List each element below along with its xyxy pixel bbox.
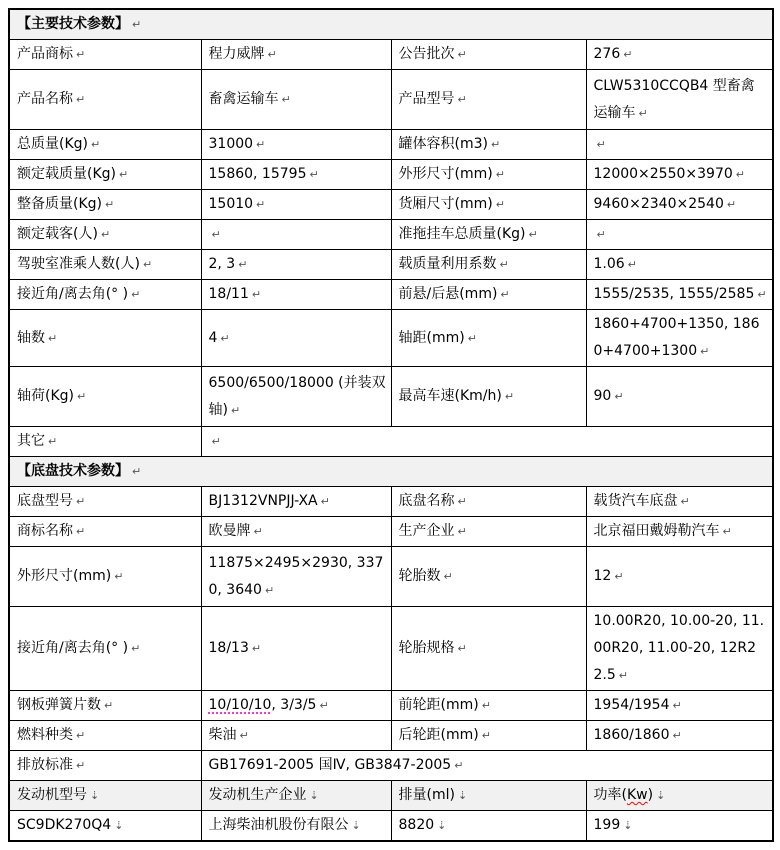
param-value-cell: 1.06↵: [586, 250, 773, 280]
cell-text: 15010: [209, 196, 254, 212]
param-value-cell: 畜禽运输车↵: [201, 70, 391, 130]
param-label-cell: 公告批次↵: [391, 40, 586, 70]
param-value-cell: 199⇣: [586, 811, 773, 842]
end-of-line-mark: ↵: [672, 699, 681, 712]
end-of-line-mark: ⇣: [656, 789, 665, 802]
end-of-line-mark: ↵: [727, 198, 736, 211]
end-of-line-mark: ⇣: [623, 819, 632, 832]
section-title: 【底盘技术参数】: [17, 463, 129, 479]
cell-text: 燃料种类: [17, 727, 73, 743]
param-label-cell: 最高车速(Km/h)↵: [391, 367, 586, 427]
cell-text: 4: [209, 330, 218, 346]
cell-text: 产品名称: [17, 91, 73, 107]
cell-text: 12000×2550×3970: [594, 166, 733, 182]
param-value-cell: CLW5310CCQB4 型畜禽运输车↵: [586, 70, 773, 130]
table-row: 燃料种类↵柴油↵后轮距(mm)↵1860/1860↵: [9, 721, 773, 751]
cell-text: 1860/1860: [594, 727, 670, 743]
param-label-cell: 额定载客(人)↵: [9, 220, 201, 250]
param-label-cell: 轴距(mm)↵: [391, 310, 586, 367]
param-value-cell: 15010↵: [201, 190, 391, 220]
param-value-cell: 31000↵: [201, 130, 391, 160]
end-of-line-mark: ↵: [700, 345, 709, 358]
end-of-line-mark: ↵: [505, 390, 514, 403]
cell-text-part: ): [648, 787, 653, 803]
end-of-line-mark: ↵: [48, 332, 57, 345]
cell-text: 276: [594, 46, 621, 62]
end-of-line-mark: ↵: [132, 465, 141, 478]
end-of-line-mark: ↵: [458, 93, 467, 106]
param-label-cell: 排放标准↵: [9, 751, 201, 781]
end-of-line-mark: ↵: [132, 18, 141, 31]
end-of-line-mark: ↵: [143, 258, 152, 271]
cell-text: 产品商标: [17, 46, 73, 62]
param-value-cell: 276↵: [586, 40, 773, 70]
table-row: 产品商标↵程力威牌↵公告批次↵276↵: [9, 40, 773, 70]
cell-text: 2, 3: [209, 256, 236, 272]
end-of-line-mark: ↵: [614, 570, 623, 583]
param-value-cell: 发动机生产企业⇣: [201, 781, 391, 811]
end-of-line-mark: ↵: [681, 495, 690, 508]
cell-text: 轴数: [17, 330, 45, 346]
cell-text: 后轮距(mm): [399, 727, 479, 743]
table-row: 额定载质量(Kg)↵15860, 15795↵外形尺寸(mm)↵12000×25…: [9, 160, 773, 190]
param-value-cell: 1954/1954↵: [586, 691, 773, 721]
param-label-cell: 其它↵: [9, 427, 201, 457]
end-of-line-mark: ↵: [639, 107, 648, 120]
param-label-cell: 底盘名称↵: [391, 487, 586, 517]
end-of-line-mark: ⇣: [310, 789, 319, 802]
end-of-line-mark: ↵: [76, 93, 85, 106]
end-of-line-mark: ↵: [252, 288, 261, 301]
spellcheck-flagged-text: 10/10/10: [209, 697, 272, 713]
end-of-line-mark: ↵: [736, 168, 745, 181]
end-of-line-mark: ⇣: [352, 819, 361, 832]
param-label-cell: 燃料种类↵: [9, 721, 201, 751]
param-label-cell: 后轮距(mm)↵: [391, 721, 586, 751]
cell-text: 发动机生产企业: [209, 787, 307, 803]
param-label-cell: 驾驶室准乘人数(人)↵: [9, 250, 201, 280]
cell-text: 11875×2495×2930, 3370, 3640: [209, 555, 384, 598]
param-value-cell: GB17691-2005 国Ⅳ, GB3847-2005↵: [201, 751, 773, 781]
table-body: 【主要技术参数】↵产品商标↵程力威牌↵公告批次↵276↵产品名称↵畜禽运输车↵产…: [9, 9, 773, 841]
end-of-line-mark: ↵: [282, 93, 291, 106]
end-of-line-mark: ↵: [238, 258, 247, 271]
end-of-line-mark: ↵: [619, 669, 628, 682]
param-value-cell: 18/13↵: [201, 607, 391, 691]
end-of-line-mark: ↵: [105, 198, 114, 211]
table-row: 钢板弹簧片数↵10/10/10, 3/3/5↵前轮距(mm)↵1954/1954…: [9, 691, 773, 721]
param-value-cell: 上海柴油机股份有限公⇣: [201, 811, 391, 842]
param-value-cell: 柴油↵: [201, 721, 391, 751]
param-label-cell: 货厢尺寸(mm)↵: [391, 190, 586, 220]
param-value-cell: 1555/2535, 1555/2585↵: [586, 280, 773, 310]
param-value-cell: ↵: [586, 130, 773, 160]
cell-text: 1.06: [594, 256, 625, 272]
end-of-line-mark: ⇣: [458, 789, 467, 802]
cell-text: 1860+4700+1350, 1860+4700+1300: [594, 316, 760, 359]
cell-text: 钢板弹簧片数: [17, 697, 101, 713]
end-of-line-mark: ↵: [597, 138, 606, 151]
cell-text: 1555/2535, 1555/2585: [594, 286, 755, 302]
table-row: 底盘型号↵BJ1312VNPJJ-XA↵底盘名称↵载货汽车底盘↵: [9, 487, 773, 517]
cell-text: 外形尺寸(mm): [17, 568, 111, 584]
cell-text: 9460×2340×2540: [594, 196, 724, 212]
param-label-cell: 整备质量(Kg)↵: [9, 190, 201, 220]
section-title-cell: 【底盘技术参数】↵: [9, 457, 773, 487]
param-value-cell: 18/11↵: [201, 280, 391, 310]
param-label-cell: 接近角/离去角(° )↵: [9, 280, 201, 310]
param-value-cell: 1860/1860↵: [586, 721, 773, 751]
end-of-line-mark: ↵: [256, 198, 265, 211]
table-row: 接近角/离去角(° )↵18/11↵前悬/后悬(mm)↵1555/2535, 1…: [9, 280, 773, 310]
end-of-line-mark: ↵: [500, 288, 509, 301]
end-of-line-mark: ↵: [623, 48, 632, 61]
param-label-cell: 商标名称↵: [9, 517, 201, 547]
end-of-line-mark: ↵: [482, 729, 491, 742]
end-of-line-mark: ↵: [614, 390, 623, 403]
end-of-line-mark: ↵: [76, 525, 85, 538]
param-label-cell: 钢板弹簧片数↵: [9, 691, 201, 721]
param-value-cell: 载货汽车底盘↵: [586, 487, 773, 517]
param-label-cell: 轮胎规格↵: [391, 607, 586, 691]
cell-text: 排放标准: [17, 757, 73, 773]
cell-text: 接近角/离去角(° ): [17, 286, 128, 302]
param-label-cell: 准拖挂车总质量(Kg)↵: [391, 220, 586, 250]
cell-text: 底盘型号: [17, 493, 73, 509]
vehicle-spec-table: 【主要技术参数】↵产品商标↵程力威牌↵公告批次↵276↵产品名称↵畜禽运输车↵产…: [8, 8, 774, 842]
end-of-line-mark: ↵: [321, 495, 330, 508]
cell-text: 12: [594, 568, 612, 584]
end-of-line-mark: ↵: [268, 48, 277, 61]
end-of-line-mark: ↵: [723, 525, 732, 538]
cell-text: 18/13: [209, 640, 249, 656]
param-label-cell: 发动机型号⇣: [9, 781, 201, 811]
cell-text: 罐体容积(m3): [399, 136, 488, 152]
end-of-line-mark: ↵: [496, 168, 505, 181]
cell-text: SC9DK270Q4: [17, 817, 111, 833]
cell-text: 生产企业: [399, 523, 455, 539]
end-of-line-mark: ↵: [76, 729, 85, 742]
table-row: 商标名称↵欧曼牌↵生产企业↵北京福田戴姆勒汽车↵: [9, 517, 773, 547]
end-of-line-mark: ↵: [77, 390, 86, 403]
param-value-cell: 1860+4700+1350, 1860+4700+1300↵: [586, 310, 773, 367]
cell-text: 外形尺寸(mm): [399, 166, 493, 182]
cell-text: 北京福田戴姆勒汽车: [594, 523, 720, 539]
table-row: 驾驶室准乘人数(人)↵2, 3↵载质量利用系数↵1.06↵: [9, 250, 773, 280]
end-of-line-mark: ↵: [131, 642, 140, 655]
param-label-cell: 产品名称↵: [9, 70, 201, 130]
cell-text: 其它: [17, 433, 45, 449]
param-value-cell: BJ1312VNPJJ-XA↵: [201, 487, 391, 517]
param-label-cell: 接近角/离去角(° )↵: [9, 607, 201, 691]
end-of-line-mark: ↵: [76, 495, 85, 508]
section-header-row: 【主要技术参数】↵: [9, 9, 773, 40]
end-of-line-mark: ↵: [212, 228, 221, 241]
param-value-cell: 15860, 15795↵: [201, 160, 391, 190]
end-of-line-mark: ↵: [212, 435, 221, 448]
spec-document: 【主要技术参数】↵产品商标↵程力威牌↵公告批次↵276↵产品名称↵畜禽运输车↵产…: [8, 8, 772, 842]
table-row: 轴数↵4↵轴距(mm)↵1860+4700+1350, 1860+4700+13…: [9, 310, 773, 367]
param-label-cell: 轴数↵: [9, 310, 201, 367]
end-of-line-mark: ↵: [131, 288, 140, 301]
end-of-line-mark: ⇣: [90, 789, 99, 802]
end-of-line-mark: ↵: [496, 198, 505, 211]
table-row: SC9DK270Q4⇣上海柴油机股份有限公⇣8820⇣199⇣: [9, 811, 773, 842]
cell-text: 总质量(Kg): [17, 136, 88, 152]
end-of-line-mark: ⇣: [114, 819, 123, 832]
spellcheck-flagged-text: Kw: [627, 787, 648, 803]
param-value-cell: 4↵: [201, 310, 391, 367]
end-of-line-mark: ↵: [309, 168, 318, 181]
param-value-cell: 程力威牌↵: [201, 40, 391, 70]
table-row: 整备质量(Kg)↵15010↵货厢尺寸(mm)↵9460×2340×2540↵: [9, 190, 773, 220]
cell-text: 轮胎数: [399, 568, 441, 584]
cell-text: 1954/1954: [594, 697, 670, 713]
param-label-cell: 轴荷(Kg)↵: [9, 367, 201, 427]
param-label-cell: 外形尺寸(mm)↵: [9, 547, 201, 607]
cell-text: 货厢尺寸(mm): [399, 196, 493, 212]
param-label-cell: 额定载质量(Kg)↵: [9, 160, 201, 190]
param-value-cell: 11875×2495×2930, 3370, 3640↵: [201, 547, 391, 607]
end-of-line-mark: ↵: [458, 642, 467, 655]
end-of-line-mark: ⇣: [437, 819, 446, 832]
cell-text: 额定载客(人): [17, 226, 98, 242]
table-row: 发动机型号⇣发动机生产企业⇣排量(ml)⇣功率(Kw)⇣: [9, 781, 773, 811]
end-of-line-mark: ↵: [101, 228, 110, 241]
section-title: 【主要技术参数】: [17, 16, 129, 32]
cell-text: 轴距(mm): [399, 330, 465, 346]
end-of-line-mark: ↵: [104, 699, 113, 712]
param-label-cell: 产品型号↵: [391, 70, 586, 130]
param-label-cell: 外形尺寸(mm)↵: [391, 160, 586, 190]
cell-text: 15860, 15795: [209, 166, 307, 182]
cell-text: 载货汽车底盘: [594, 493, 678, 509]
table-row: 排放标准↵GB17691-2005 国Ⅳ, GB3847-2005↵: [9, 751, 773, 781]
end-of-line-mark: ↵: [500, 258, 509, 271]
cell-text: 准拖挂车总质量(Kg): [399, 226, 526, 242]
end-of-line-mark: ↵: [265, 584, 274, 597]
end-of-line-mark: ↵: [597, 228, 606, 241]
cell-text: 轮胎规格: [399, 640, 455, 656]
param-label-cell: 罐体容积(m3)↵: [391, 130, 586, 160]
cell-text: 最高车速(Km/h): [399, 388, 502, 404]
table-row: 接近角/离去角(° )↵18/13↵轮胎规格↵10.00R20, 10.00-2…: [9, 607, 773, 691]
cell-text: 31000: [209, 136, 254, 152]
param-value-cell: 10.00R20, 10.00-20, 11.00R20, 11.00-20, …: [586, 607, 773, 691]
cell-text: 轴荷(Kg): [17, 388, 74, 404]
param-value-cell: 北京福田戴姆勒汽车↵: [586, 517, 773, 547]
end-of-line-mark: ↵: [220, 332, 229, 345]
param-value-cell: 12000×2550×3970↵: [586, 160, 773, 190]
cell-text: 欧曼牌: [209, 523, 251, 539]
cell-text: 18/11: [209, 286, 249, 302]
table-row: 总质量(Kg)↵31000↵罐体容积(m3)↵↵: [9, 130, 773, 160]
param-label-cell: 8820⇣: [391, 811, 586, 842]
param-value-cell: 12↵: [586, 547, 773, 607]
param-label-cell: 底盘型号↵: [9, 487, 201, 517]
param-label-cell: 生产企业↵: [391, 517, 586, 547]
cell-text: 前悬/后悬(mm): [399, 286, 498, 302]
end-of-line-mark: ↵: [119, 168, 128, 181]
cell-text: BJ1312VNPJJ-XA: [209, 493, 318, 509]
param-label-cell: SC9DK270Q4⇣: [9, 811, 201, 842]
cell-text: 10/10/10, 3/3/5: [209, 697, 317, 713]
end-of-line-mark: ↵: [114, 570, 123, 583]
end-of-line-mark: ↵: [319, 699, 328, 712]
cell-text: 199: [594, 817, 621, 833]
param-value-cell: 2, 3↵: [201, 250, 391, 280]
end-of-line-mark: ↵: [468, 332, 477, 345]
cell-text: 柴油: [209, 727, 237, 743]
end-of-line-mark: ↵: [76, 48, 85, 61]
end-of-line-mark: ↵: [454, 759, 463, 772]
cell-text: CLW5310CCQB4 型畜禽运输车: [594, 78, 755, 121]
cell-text: 程力威牌: [209, 46, 265, 62]
end-of-line-mark: ↵: [254, 525, 263, 538]
param-label-cell: 总质量(Kg)↵: [9, 130, 201, 160]
param-value-cell: ↵: [586, 220, 773, 250]
param-label-cell: 前悬/后悬(mm)↵: [391, 280, 586, 310]
param-value-cell: 6500/6500/18000 (并装双轴)↵: [201, 367, 391, 427]
end-of-line-mark: ↵: [672, 729, 681, 742]
param-value-cell: ↵: [201, 427, 773, 457]
cell-text: 底盘名称: [399, 493, 455, 509]
table-row: 轴荷(Kg)↵6500/6500/18000 (并装双轴)↵最高车速(Km/h)…: [9, 367, 773, 427]
param-value-cell: 10/10/10, 3/3/5↵: [201, 691, 391, 721]
cell-text: 上海柴油机股份有限公: [209, 817, 349, 833]
section-title-cell: 【主要技术参数】↵: [9, 9, 773, 40]
end-of-line-mark: ↵: [458, 495, 467, 508]
param-label-cell: 载质量利用系数↵: [391, 250, 586, 280]
cell-text: 畜禽运输车: [209, 91, 279, 107]
table-row: 额定载客(人)↵↵准拖挂车总质量(Kg)↵↵: [9, 220, 773, 250]
end-of-line-mark: ↵: [482, 699, 491, 712]
param-label-cell: 前轮距(mm)↵: [391, 691, 586, 721]
cell-text: 产品型号: [399, 91, 455, 107]
cell-text: 商标名称: [17, 523, 73, 539]
table-row: 外形尺寸(mm)↵11875×2495×2930, 3370, 3640↵轮胎数…: [9, 547, 773, 607]
param-label-cell: 排量(ml)⇣: [391, 781, 586, 811]
param-value-cell: 欧曼牌↵: [201, 517, 391, 547]
cell-text: 公告批次: [399, 46, 455, 62]
end-of-line-mark: ↵: [491, 138, 500, 151]
end-of-line-mark: ↵: [444, 570, 453, 583]
end-of-line-mark: ↵: [48, 435, 57, 448]
end-of-line-mark: ↵: [757, 288, 766, 301]
end-of-line-mark: ↵: [256, 138, 265, 151]
cell-text: GB17691-2005 国Ⅳ, GB3847-2005: [209, 757, 452, 773]
end-of-line-mark: ↵: [458, 48, 467, 61]
param-value-cell: ↵: [201, 220, 391, 250]
end-of-line-mark: ↵: [91, 138, 100, 151]
cell-text: 功率(Kw): [594, 787, 654, 803]
cell-text: 整备质量(Kg): [17, 196, 102, 212]
cell-text: 90: [594, 388, 612, 404]
end-of-line-mark: ↵: [252, 642, 261, 655]
param-value-cell: 9460×2340×2540↵: [586, 190, 773, 220]
table-row: 其它↵↵: [9, 427, 773, 457]
table-row: 产品名称↵畜禽运输车↵产品型号↵CLW5310CCQB4 型畜禽运输车↵: [9, 70, 773, 130]
end-of-line-mark: ↵: [628, 258, 637, 271]
param-value-cell: 90↵: [586, 367, 773, 427]
cell-text: 排量(ml): [399, 787, 455, 803]
end-of-line-mark: ↵: [529, 228, 538, 241]
cell-text: 载质量利用系数: [399, 256, 497, 272]
end-of-line-mark: ↵: [76, 759, 85, 772]
section-header-row: 【底盘技术参数】↵: [9, 457, 773, 487]
cell-text: 驾驶室准乘人数(人): [17, 256, 140, 272]
cell-text: 前轮距(mm): [399, 697, 479, 713]
cell-text: 8820: [399, 817, 435, 833]
cell-text-part: , 3/3/5: [271, 697, 316, 713]
param-label-cell: 轮胎数↵: [391, 547, 586, 607]
cell-text: 发动机型号: [17, 787, 87, 803]
end-of-line-mark: ↵: [231, 404, 240, 417]
end-of-line-mark: ↵: [240, 729, 249, 742]
param-value-cell: 功率(Kw)⇣: [586, 781, 773, 811]
cell-text: 额定载质量(Kg): [17, 166, 116, 182]
param-label-cell: 产品商标↵: [9, 40, 201, 70]
cell-text-part: 功率(: [594, 787, 627, 803]
end-of-line-mark: ↵: [458, 525, 467, 538]
cell-text: 接近角/离去角(° ): [17, 640, 128, 656]
